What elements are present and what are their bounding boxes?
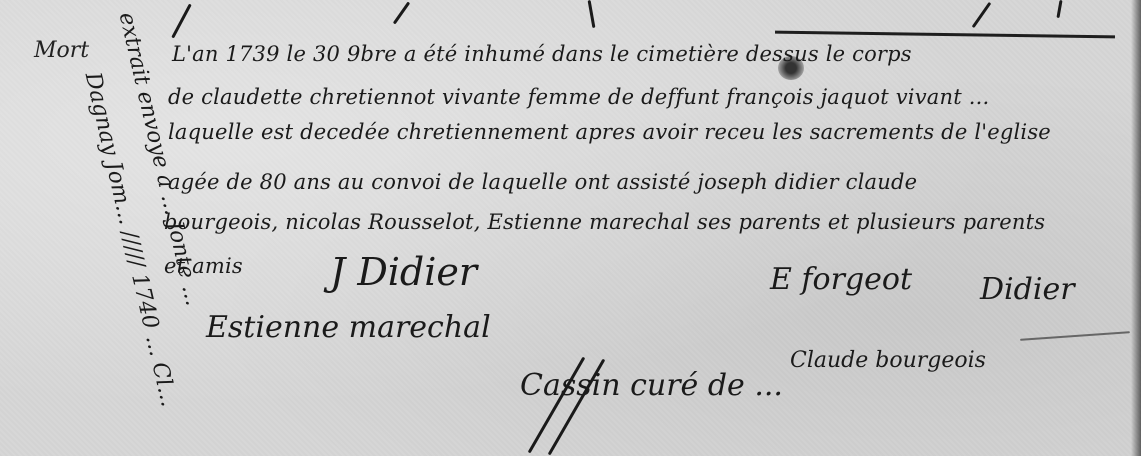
record-line-5: bourgeois, nicolas Rousselot, Estienne m… (164, 210, 1045, 234)
record-line-2: de claudette chretiennot vivante femme d… (168, 85, 989, 109)
margin-title-mort: Mort (34, 38, 89, 63)
page-edge-shadow (1131, 0, 1141, 456)
previous-entry-stroke (972, 2, 992, 28)
document-scan: Mort Dagnay Jom... ///// 1740 ... Cl... … (0, 0, 1141, 456)
signature-j-didier: J Didier (330, 250, 477, 294)
record-line-1: L'an 1739 le 30 9bre a été inhumé dans l… (172, 42, 912, 66)
signature-flourish (1020, 331, 1130, 341)
signature-e-forgeot: E forgeot (770, 262, 912, 297)
record-line-6: et amis (164, 254, 243, 278)
previous-entry-stroke (171, 4, 191, 39)
signature-estienne-marechal: Estienne marechal (206, 310, 491, 345)
entry-separator-line (775, 31, 1115, 39)
signature-didier: Didier (980, 272, 1075, 307)
previous-entry-stroke (588, 0, 596, 28)
previous-entry-stroke (1056, 0, 1062, 18)
previous-entry-stroke (393, 1, 410, 24)
record-line-4: agée de 80 ans au convoi de laquelle ont… (168, 170, 917, 194)
signature-claude-bourgeois: Claude bourgeois (790, 348, 986, 373)
record-line-3: laquelle est decedée chretiennement apre… (168, 120, 1051, 144)
